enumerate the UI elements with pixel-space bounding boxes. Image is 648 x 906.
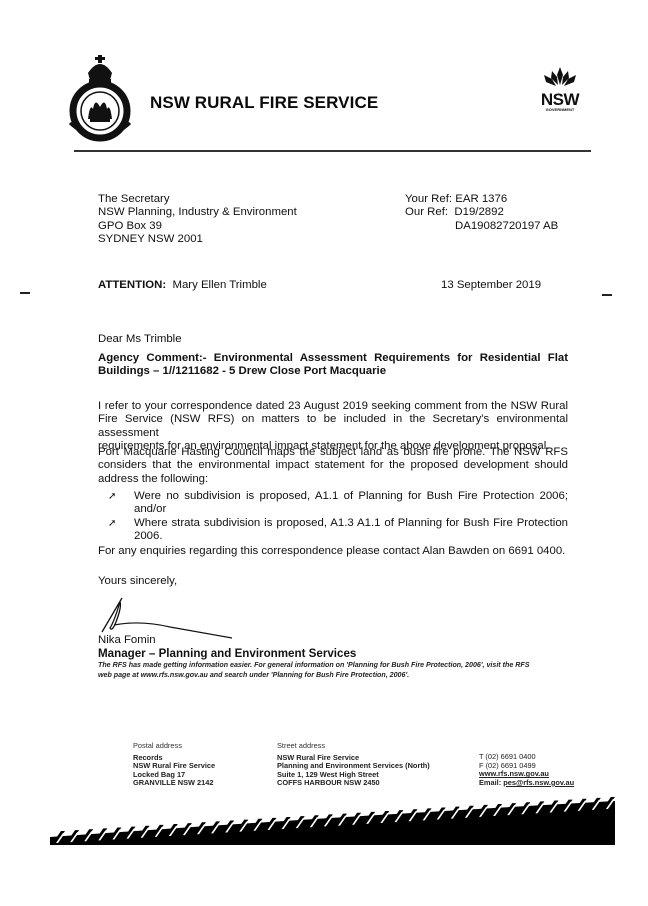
subject-heading: Agency Comment:- Environmental Assessmen… <box>98 352 568 379</box>
our-ref-2: DA19082720197 AB <box>455 220 558 232</box>
recipient-line: The Secretary <box>98 193 297 206</box>
address-line: COFFS HARBOUR NSW 2450 <box>277 779 430 788</box>
email-label: Email: <box>479 778 501 787</box>
attention-label: ATTENTION: <box>98 279 166 291</box>
list-item-text: Were no subdivision is proposed, A1.1 of… <box>134 490 568 515</box>
recipient-line: NSW Planning, Industry & Environment <box>98 206 297 219</box>
references: Your Ref: EAR 1376 Our Ref: D19/2892 DA1… <box>405 193 558 233</box>
email-link[interactable]: pes@rfs.nsw.gov.au <box>503 778 574 787</box>
note-line: web page at www.rfs.nsw.gov.au and searc… <box>98 670 578 680</box>
nsw-government-logo: NSW GOVERNMENT <box>540 65 580 115</box>
your-ref: EAR 1376 <box>455 193 507 205</box>
contact-details: T (02) 6691 0400 F (02) 6691 0499 www.rf… <box>479 753 574 787</box>
list-item-text: Where strata subdivision is proposed, A1… <box>134 517 568 530</box>
paragraph-line: considers that the environmental impact … <box>98 459 568 472</box>
organisation-name: NSW RURAL FIRE SERVICE <box>150 93 378 113</box>
signatory-position: Manager – Planning and Environment Servi… <box>98 647 356 660</box>
address-line: GRANVILLE NSW 2142 <box>133 779 215 788</box>
header-divider <box>74 150 591 152</box>
our-ref-label: Our Ref: <box>405 206 448 218</box>
waratah-icon <box>540 65 580 87</box>
letter-date: 13 September 2019 <box>441 279 541 292</box>
recipient-line: GPO Box 39 <box>98 220 297 233</box>
recipient-address: The Secretary NSW Planning, Industry & E… <box>98 193 297 247</box>
recipient-line: SYDNEY NSW 2001 <box>98 233 297 246</box>
subject-line-2: Buildings – 1//1211682 - 5 Drew Close Po… <box>98 365 568 378</box>
paragraph-line: I refer to your correspondence dated 23 … <box>98 400 568 413</box>
paragraph-line: Fire Service (NSW RFS) on matters to be … <box>98 413 568 440</box>
our-ref: D19/2892 <box>454 206 503 218</box>
subject-line-1: Agency Comment:- Environmental Assessmen… <box>98 352 568 365</box>
street-heading: Street address <box>277 742 430 751</box>
your-ref-label: Your Ref: <box>405 193 452 205</box>
chevron-stripe-band <box>50 797 615 845</box>
nsw-logo-subtext: GOVERNMENT <box>540 107 580 112</box>
arrow-bullet-icon: ➚ <box>108 490 116 503</box>
list-item: ➚ Were no subdivision is proposed, A1.1 … <box>108 490 568 517</box>
paragraph-line: address the following: <box>98 473 568 486</box>
street-address: Street address NSW Rural Fire Service Pl… <box>277 742 430 788</box>
list-item: ➚ Where strata subdivision is proposed, … <box>108 517 568 544</box>
paragraph-line: Port Macquarie Hasting Council maps the … <box>98 446 568 459</box>
postal-heading: Postal address <box>133 742 215 751</box>
salutation: Dear Ms Trimble <box>98 333 182 346</box>
list-item-text: 2006. <box>134 530 568 543</box>
enquiries-text: For any enquiries regarding this corresp… <box>98 545 565 558</box>
nsw-logo-text: NSW <box>540 92 580 107</box>
attention-name: Mary Ellen Trimble <box>172 279 266 291</box>
attention-line: ATTENTION: Mary Ellen Trimble <box>98 279 267 292</box>
note-line: The RFS has made getting information eas… <box>98 660 578 670</box>
arrow-bullet-icon: ➚ <box>108 517 116 530</box>
information-note: The RFS has made getting information eas… <box>98 660 578 680</box>
signature-icon <box>100 582 250 642</box>
paragraph-bushfire: Port Macquarie Hasting Council maps the … <box>98 446 568 486</box>
fold-mark-right <box>602 294 612 296</box>
requirements-list: ➚ Were no subdivision is proposed, A1.1 … <box>108 490 568 544</box>
signatory-name: Nika Fomin <box>98 634 156 647</box>
fold-mark-left <box>20 292 30 294</box>
rfs-crest-icon <box>60 53 140 143</box>
postal-address: Postal address Records NSW Rural Fire Se… <box>133 742 215 788</box>
